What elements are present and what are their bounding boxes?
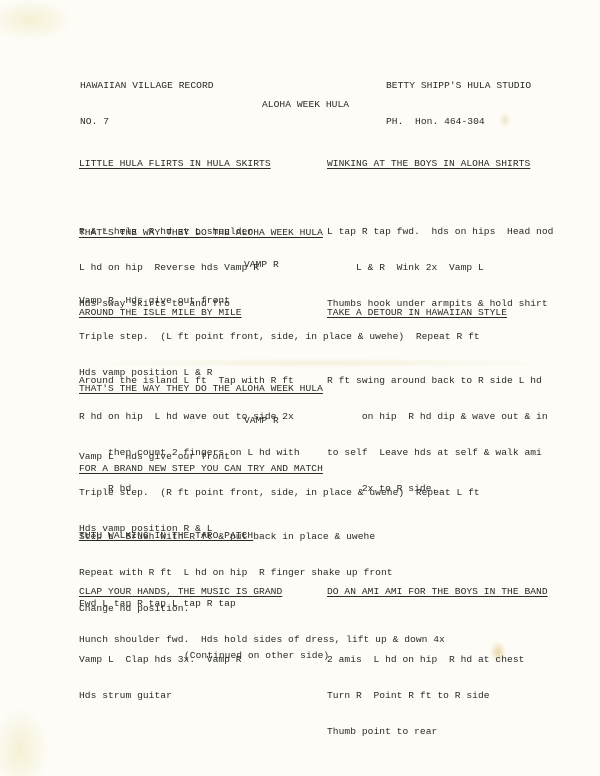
document-title: ALOHA WEEK HULA (262, 99, 349, 111)
section-ami-ami: DO AN AMI AMI FOR THE BOYS IN THE BAND 2… (327, 562, 548, 762)
section-heading: CLAP YOUR HANDS, THE MUSIC IS GRAND (79, 586, 282, 598)
section-heading: LITTLE HULA FLIRTS IN HULA SKIRTS (79, 158, 271, 170)
section-heading: DO AN AMI AMI FOR THE BOYS IN THE BAND (327, 586, 548, 598)
record-number: NO. 7 (80, 116, 214, 128)
section-heading: TUTU WALKING IN THE TARO PATCH (79, 530, 445, 542)
section-line: 2 amis L hd on hip R hd at chest (327, 654, 548, 666)
section-line: Thumb point to rear (327, 726, 548, 738)
section-heading: FOR A BRAND NEW STEP YOU CAN TRY AND MAT… (79, 463, 393, 475)
studio-phone: PH. Hon. 464-304 (386, 116, 531, 128)
section-line: Turn R Point R ft to R side (327, 690, 548, 702)
section-line: Hds strum guitar (79, 690, 282, 702)
continued-note: (Continued on other side) (184, 650, 329, 662)
section-clap-your-hands: CLAP YOUR HANDS, THE MUSIC IS GRAND Vamp… (79, 562, 282, 726)
document-page: HAWAIIAN VILLAGE RECORD NO. 7 BETTY SHIP… (0, 0, 600, 776)
section-heading: TAKE A DETOUR IN HAWAIIAN STYLE (327, 307, 548, 319)
section-heading: AROUND THE ISLE MILE BY MILE (79, 307, 300, 319)
vamp-r-1: VAMP R (244, 259, 279, 271)
section-heading: THAT'S THE WAY THEY DO THE ALOHA WEEK HU… (79, 383, 480, 395)
vamp-r-2: VAMP R (244, 415, 279, 427)
section-heading: WINKING AT THE BOYS IN ALOHA SHIRTS (327, 158, 553, 170)
section-heading: THAT'S THE WAY THEY DO THE ALOHA WEEK HU… (79, 227, 480, 239)
studio-name: BETTY SHIPP'S HULA STUDIO (386, 80, 531, 92)
record-name: HAWAIIAN VILLAGE RECORD (80, 80, 214, 92)
